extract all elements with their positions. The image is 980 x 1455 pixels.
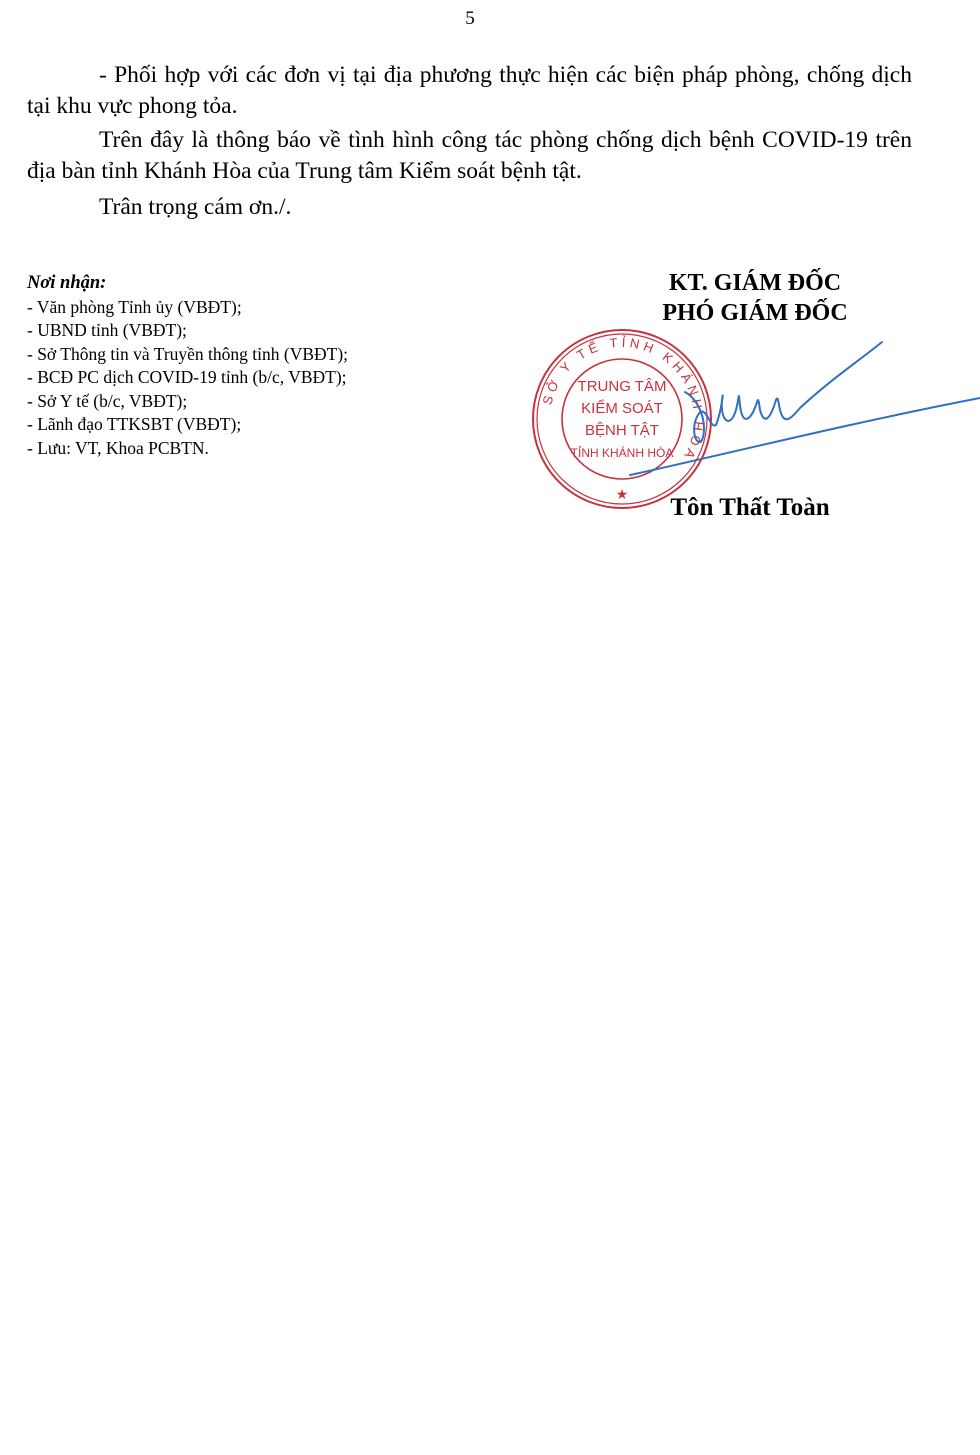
handwritten-signature-icon [590, 330, 980, 490]
signature-title-line2: PHÓ GIÁM ĐỐC [600, 298, 910, 328]
recipient-item: - Văn phòng Tỉnh ủy (VBĐT); [27, 296, 348, 320]
signer-name: Tôn Thất Toàn [600, 494, 900, 522]
recipient-item: - Sở Thông tin và Truyền thông tỉnh (VBĐ… [27, 343, 348, 367]
recipient-item: - Sở Y tế (b/c, VBĐT); [27, 390, 348, 414]
recipient-item: - UBND tỉnh (VBĐT); [27, 319, 348, 343]
signature-title-line1: KT. GIÁM ĐỐC [600, 268, 910, 298]
paragraph-measures: - Phối hợp với các đơn vị tại địa phương… [27, 60, 912, 122]
recipient-item: - Lưu: VT, Khoa PCBTN. [27, 437, 348, 461]
signature-title-block: KT. GIÁM ĐỐC PHÓ GIÁM ĐỐC [600, 268, 910, 328]
recipient-item: - BCĐ PC dịch COVID-19 tỉnh (b/c, VBĐT); [27, 366, 348, 390]
paragraph-summary: Trên đây là thông báo về tình hình công … [27, 125, 912, 187]
recipients-list: Nơi nhận: - Văn phòng Tỉnh ủy (VBĐT); - … [27, 272, 348, 460]
paragraph-thanks: Trân trọng cám ơn./. [27, 192, 291, 223]
page-number: 5 [0, 8, 940, 30]
recipients-title: Nơi nhận: [27, 272, 348, 296]
recipient-item: - Lãnh đạo TTKSBT (VBĐT); [27, 413, 348, 437]
